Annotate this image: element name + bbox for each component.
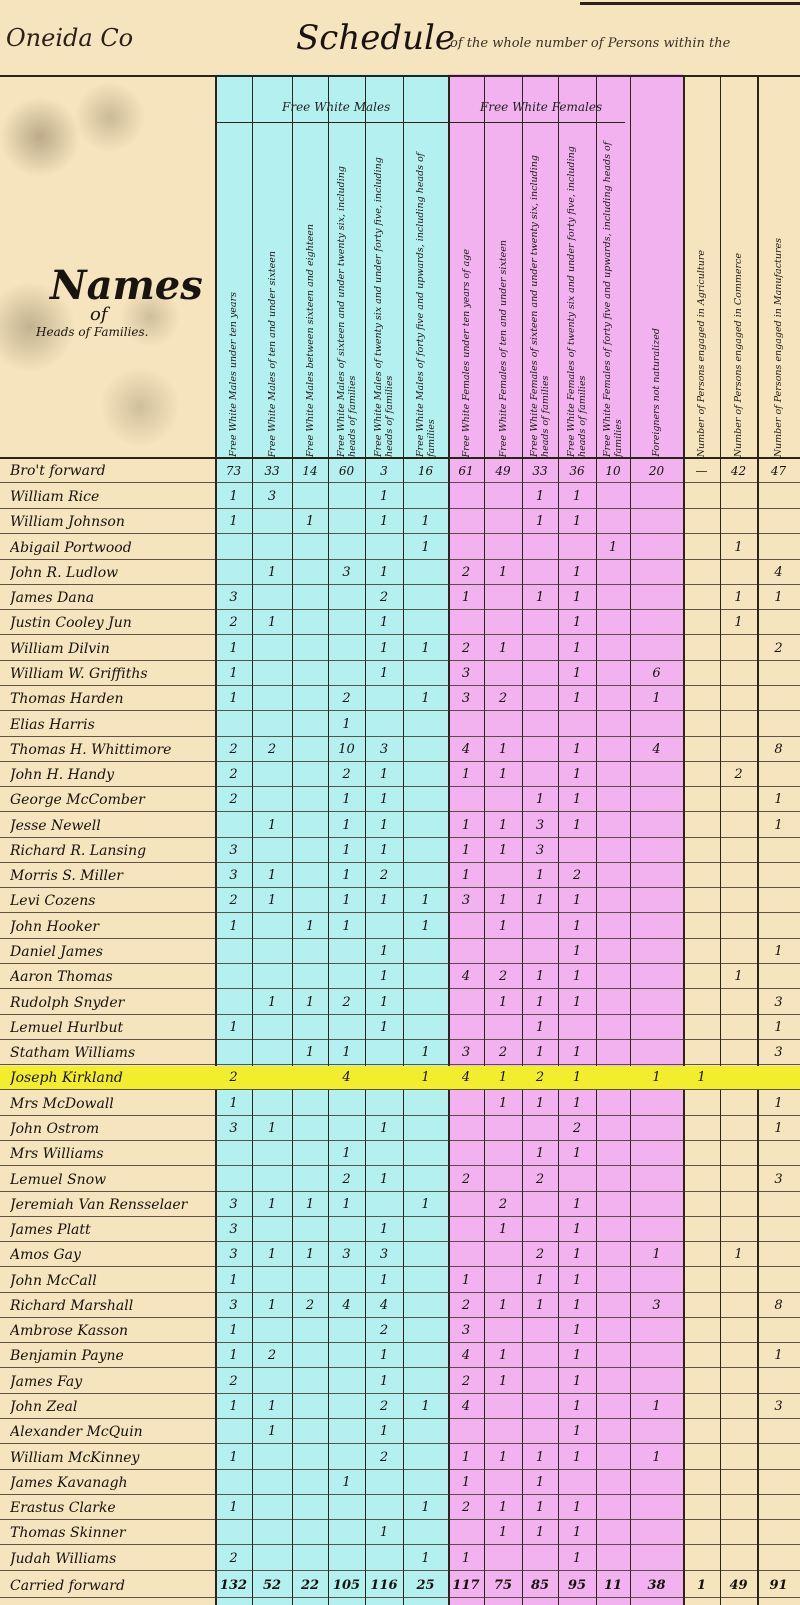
cell-f_26_45: 1 xyxy=(558,789,596,811)
cell-m_10_16 xyxy=(252,1548,292,1570)
cell-manufactures xyxy=(757,1270,800,1292)
cell-f_16_26: 2 xyxy=(522,1067,558,1089)
cell-f_16_26 xyxy=(522,688,558,710)
cell-m_16_26 xyxy=(328,486,365,508)
row-rule xyxy=(0,1292,800,1293)
cell-foreigners xyxy=(630,486,683,508)
cell-m_26_45 xyxy=(365,916,403,938)
row-rule xyxy=(0,1393,800,1394)
cell-commerce: 2 xyxy=(720,764,757,786)
cell-f_45up: 1 xyxy=(596,537,630,559)
cell-m_10_16: 1 xyxy=(252,865,292,887)
cell-f_u10 xyxy=(448,1219,484,1241)
cell-f_16_26 xyxy=(522,1396,558,1418)
cell-m_u10 xyxy=(215,714,252,736)
column-header-m_u10: Free White Males under ten years xyxy=(215,122,252,457)
cell-f_u10: 3 xyxy=(448,1320,484,1342)
cell-m_45up: 1 xyxy=(403,916,448,938)
cell-commerce xyxy=(720,890,757,912)
cell-m_26_45: 2 xyxy=(365,1396,403,1418)
cell-f_10_16: 1 xyxy=(484,739,522,761)
cell-f_45up: 10 xyxy=(596,460,630,482)
cell-m_16_26 xyxy=(328,941,365,963)
cell-foreigners xyxy=(630,638,683,660)
table-row: Thomas H. Whittimore2210341148 xyxy=(0,738,800,762)
cell-f_45up xyxy=(596,1497,630,1519)
cell-f_u10: 61 xyxy=(448,460,484,482)
cell-m_45up xyxy=(403,1371,448,1393)
column-header-label: Free White Females of ten and under sixt… xyxy=(498,236,509,457)
cell-f_26_45: 1 xyxy=(558,1522,596,1544)
cell-f_10_16: 1 xyxy=(484,840,522,862)
cell-m_10_16 xyxy=(252,764,292,786)
cell-m_45up: 1 xyxy=(403,1497,448,1519)
cell-f_26_45: 1 xyxy=(558,562,596,584)
cell-m_10_16 xyxy=(252,1143,292,1165)
row-rule xyxy=(0,1191,800,1192)
cell-foreigners: 1 xyxy=(630,688,683,710)
cell-f_45up xyxy=(596,1345,630,1367)
cell-f_26_45: 1 xyxy=(558,1548,596,1570)
head-of-family-name: John H. Handy xyxy=(10,764,215,786)
cell-m_u10 xyxy=(215,966,252,988)
cell-f_26_45: 1 xyxy=(558,1421,596,1443)
cell-m_16_18 xyxy=(292,941,328,963)
cell-m_10_16 xyxy=(252,1169,292,1191)
column-header-label: Free White Females under ten years of ag… xyxy=(461,245,472,458)
cell-f_10_16 xyxy=(484,537,522,559)
cell-f_u10 xyxy=(448,1118,484,1140)
cell-m_u10 xyxy=(215,815,252,837)
cell-m_16_26: 1 xyxy=(328,815,365,837)
cell-m_16_18 xyxy=(292,1371,328,1393)
cell-m_u10: 1 xyxy=(215,663,252,685)
cell-f_u10 xyxy=(448,1244,484,1266)
head-of-family-name: Lemuel Snow xyxy=(10,1169,215,1191)
row-rule xyxy=(0,1165,800,1166)
row-rule xyxy=(0,1115,800,1116)
cell-f_u10: 3 xyxy=(448,1042,484,1064)
cell-f_16_26: 1 xyxy=(522,486,558,508)
cell-f_u10 xyxy=(448,916,484,938)
cell-agriculture xyxy=(683,1371,720,1393)
cell-foreigners xyxy=(630,941,683,963)
cell-m_26_45: 2 xyxy=(365,587,403,609)
head-of-family-name: Thomas Harden xyxy=(10,688,215,710)
cell-m_45up xyxy=(403,1118,448,1140)
cell-m_16_18: 1 xyxy=(292,1194,328,1216)
cell-f_16_26: 1 xyxy=(522,966,558,988)
cell-agriculture xyxy=(683,865,720,887)
cell-f_45up xyxy=(596,486,630,508)
cell-f_u10: 2 xyxy=(448,1497,484,1519)
cell-f_u10 xyxy=(448,486,484,508)
cell-m_u10 xyxy=(215,1522,252,1544)
cell-m_26_45 xyxy=(365,1067,403,1089)
cell-m_26_45: 1 xyxy=(365,1270,403,1292)
cell-m_26_45 xyxy=(365,537,403,559)
cell-commerce xyxy=(720,1093,757,1115)
cell-m_10_16 xyxy=(252,941,292,963)
cell-foreigners xyxy=(630,992,683,1014)
row-rule xyxy=(0,1544,800,1545)
cell-m_26_45: 2 xyxy=(365,1320,403,1342)
cell-f_u10: 117 xyxy=(448,1575,484,1597)
cell-m_10_16 xyxy=(252,789,292,811)
cell-m_26_45 xyxy=(365,1194,403,1216)
cell-m_u10: 1 xyxy=(215,1396,252,1418)
cell-m_45up xyxy=(403,486,448,508)
cell-agriculture xyxy=(683,1017,720,1039)
cell-m_16_18 xyxy=(292,612,328,634)
cell-m_16_26 xyxy=(328,1497,365,1519)
cell-m_16_26 xyxy=(328,1017,365,1039)
head-of-family-name: Mrs Williams xyxy=(10,1143,215,1165)
cell-f_10_16: 1 xyxy=(484,562,522,584)
cell-f_10_16 xyxy=(484,865,522,887)
cell-f_u10: 2 xyxy=(448,1295,484,1317)
cell-agriculture xyxy=(683,1345,720,1367)
cell-f_u10: 2 xyxy=(448,562,484,584)
table-row: James Fay21211 xyxy=(0,1370,800,1394)
column-header-f_26_45: Free White Females of twenty six and und… xyxy=(558,122,596,457)
cell-f_16_26: 85 xyxy=(522,1575,558,1597)
cell-m_26_45: 1 xyxy=(365,815,403,837)
cell-f_45up xyxy=(596,1421,630,1443)
cell-f_26_45: 36 xyxy=(558,460,596,482)
row-rule xyxy=(0,1140,800,1141)
table-row: Abigail Portwood111 xyxy=(0,536,800,560)
table-row: Amos Gay311332111 xyxy=(0,1243,800,1267)
cell-m_45up xyxy=(403,865,448,887)
cell-m_26_45: 3 xyxy=(365,1244,403,1266)
cell-m_10_16 xyxy=(252,1270,292,1292)
cell-m_16_18: 22 xyxy=(292,1575,328,1597)
cell-m_10_16 xyxy=(252,916,292,938)
cell-f_10_16: 1 xyxy=(484,1219,522,1241)
row-rule xyxy=(0,1597,800,1598)
row-rule xyxy=(0,685,800,686)
cell-m_16_18 xyxy=(292,1497,328,1519)
cell-f_16_26 xyxy=(522,916,558,938)
cell-m_u10: 2 xyxy=(215,612,252,634)
head-of-family-name: John McCall xyxy=(10,1270,215,1292)
cell-commerce: 1 xyxy=(720,612,757,634)
cell-f_26_45: 1 xyxy=(558,1143,596,1165)
cell-m_u10: 2 xyxy=(215,789,252,811)
cell-f_45up xyxy=(596,1042,630,1064)
cell-f_26_45: 1 xyxy=(558,1320,596,1342)
cell-m_26_45: 3 xyxy=(365,739,403,761)
table-row: John McCall11111 xyxy=(0,1269,800,1293)
cell-agriculture xyxy=(683,890,720,912)
cell-m_16_26: 10 xyxy=(328,739,365,761)
cell-manufactures xyxy=(757,1320,800,1342)
cell-foreigners xyxy=(630,1270,683,1292)
cell-f_26_45: 1 xyxy=(558,688,596,710)
cell-manufactures: 2 xyxy=(757,638,800,660)
cell-m_16_26: 60 xyxy=(328,460,365,482)
cell-f_26_45 xyxy=(558,1169,596,1191)
cell-m_u10: 1 xyxy=(215,916,252,938)
cell-m_u10: 1 xyxy=(215,1345,252,1367)
cell-m_16_18 xyxy=(292,1320,328,1342)
cell-m_16_18: 1 xyxy=(292,916,328,938)
cell-m_u10: 1 xyxy=(215,688,252,710)
cell-f_26_45 xyxy=(558,840,596,862)
cell-m_16_18 xyxy=(292,1522,328,1544)
cell-f_16_26: 1 xyxy=(522,1295,558,1317)
cell-f_10_16: 1 xyxy=(484,1522,522,1544)
row-rule xyxy=(0,1014,800,1015)
cell-agriculture xyxy=(683,1143,720,1165)
head-of-family-name: Thomas Skinner xyxy=(10,1522,215,1544)
cell-commerce xyxy=(720,1320,757,1342)
cell-manufactures: 1 xyxy=(757,587,800,609)
cell-commerce xyxy=(720,1497,757,1519)
cell-m_u10: 1 xyxy=(215,1093,252,1115)
cell-manufactures: 3 xyxy=(757,1396,800,1418)
table-row: John Hooker111111 xyxy=(0,915,800,939)
cell-m_26_45 xyxy=(365,1042,403,1064)
head-of-family-name: Alexander McQuin xyxy=(10,1421,215,1443)
cell-m_45up: 25 xyxy=(403,1575,448,1597)
cell-manufactures xyxy=(757,865,800,887)
cell-m_u10: 3 xyxy=(215,587,252,609)
cell-commerce xyxy=(720,1345,757,1367)
cell-commerce: 1 xyxy=(720,966,757,988)
cell-manufactures xyxy=(757,663,800,685)
cell-f_10_16: 1 xyxy=(484,1295,522,1317)
table-row: William McKinney1211111 xyxy=(0,1446,800,1470)
cell-commerce xyxy=(720,739,757,761)
cell-f_26_45: 1 xyxy=(558,1093,596,1115)
cell-m_45up xyxy=(403,739,448,761)
cell-foreigners: 1 xyxy=(630,1447,683,1469)
cell-f_10_16 xyxy=(484,1169,522,1191)
table-row: Ambrose Kasson1231 xyxy=(0,1319,800,1343)
head-of-family-name: Justin Cooley Jun xyxy=(10,612,215,634)
cell-manufactures xyxy=(757,966,800,988)
cell-m_u10: 3 xyxy=(215,1219,252,1241)
cell-m_10_16 xyxy=(252,1042,292,1064)
cell-m_26_45: 1 xyxy=(365,486,403,508)
cell-manufactures xyxy=(757,1194,800,1216)
cell-m_45up xyxy=(403,587,448,609)
cell-m_16_18 xyxy=(292,1067,328,1089)
cell-m_16_18: 1 xyxy=(292,511,328,533)
cell-m_16_26 xyxy=(328,1371,365,1393)
cell-f_u10: 1 xyxy=(448,764,484,786)
cell-f_u10 xyxy=(448,1093,484,1115)
cell-m_u10 xyxy=(215,562,252,584)
cell-f_45up xyxy=(596,1118,630,1140)
cell-f_26_45: 1 xyxy=(558,916,596,938)
names-of: of xyxy=(90,304,108,325)
cell-m_16_26: 1 xyxy=(328,840,365,862)
names-heads-of-families: Heads of Families. xyxy=(36,325,149,339)
cell-m_45up xyxy=(403,1093,448,1115)
head-of-family-name: Thomas H. Whittimore xyxy=(10,739,215,761)
cell-f_u10: 1 xyxy=(448,1472,484,1494)
row-rule xyxy=(0,559,800,560)
cell-commerce xyxy=(720,1295,757,1317)
cell-f_16_26 xyxy=(522,764,558,786)
cell-f_26_45: 1 xyxy=(558,941,596,963)
cell-m_16_18 xyxy=(292,865,328,887)
cell-m_16_26: 1 xyxy=(328,916,365,938)
cell-agriculture xyxy=(683,1472,720,1494)
head-of-family-name: Levi Cozens xyxy=(10,890,215,912)
cell-f_16_26: 1 xyxy=(522,511,558,533)
cell-agriculture xyxy=(683,638,720,660)
cell-foreigners: 1 xyxy=(630,1396,683,1418)
cell-f_10_16 xyxy=(484,612,522,634)
cell-agriculture xyxy=(683,739,720,761)
cell-f_45up xyxy=(596,1244,630,1266)
cell-f_16_26: 2 xyxy=(522,1169,558,1191)
cell-m_10_16: 1 xyxy=(252,562,292,584)
row-rule xyxy=(0,1443,800,1444)
cell-foreigners xyxy=(630,612,683,634)
cell-f_45up xyxy=(596,688,630,710)
cell-m_10_16: 1 xyxy=(252,612,292,634)
cell-m_16_18 xyxy=(292,789,328,811)
row-rule xyxy=(0,761,800,762)
census-page: Oneida Co Schedule of the whole number o… xyxy=(0,0,800,1605)
cell-f_u10: 3 xyxy=(448,688,484,710)
cell-foreigners xyxy=(630,865,683,887)
cell-m_16_26 xyxy=(328,1345,365,1367)
cell-m_45up: 1 xyxy=(403,1042,448,1064)
row-rule xyxy=(0,1519,800,1520)
cell-f_16_26: 3 xyxy=(522,815,558,837)
cell-f_26_45 xyxy=(558,1017,596,1039)
cell-agriculture xyxy=(683,1194,720,1216)
cell-m_45up xyxy=(403,840,448,862)
cell-m_45up xyxy=(403,966,448,988)
cell-agriculture xyxy=(683,1320,720,1342)
cell-agriculture xyxy=(683,1093,720,1115)
page-header: Oneida Co Schedule of the whole number o… xyxy=(0,0,800,74)
cell-foreigners xyxy=(630,815,683,837)
cell-manufactures: 3 xyxy=(757,1169,800,1191)
cell-f_10_16 xyxy=(484,1270,522,1292)
cell-f_26_45: 1 xyxy=(558,486,596,508)
cell-m_16_26 xyxy=(328,1548,365,1570)
cell-f_16_26 xyxy=(522,714,558,736)
cell-m_45up xyxy=(403,1219,448,1241)
cell-m_u10 xyxy=(215,941,252,963)
column-header-label: Free White Males of ten and under sixtee… xyxy=(267,247,278,457)
schedule-subtitle: of the whole number of Persons within th… xyxy=(450,36,730,51)
table-row: Jesse Newell11111311 xyxy=(0,814,800,838)
cell-f_45up xyxy=(596,739,630,761)
cell-foreigners xyxy=(630,587,683,609)
cell-manufactures: 1 xyxy=(757,1345,800,1367)
cell-commerce xyxy=(720,941,757,963)
cell-f_26_45: 2 xyxy=(558,1118,596,1140)
cell-m_u10 xyxy=(215,1421,252,1443)
cell-manufactures xyxy=(757,1447,800,1469)
row-rule xyxy=(0,988,800,989)
cell-f_16_26: 1 xyxy=(522,1143,558,1165)
table-row: Mrs McDowall11111 xyxy=(0,1092,800,1116)
cell-m_16_26 xyxy=(328,1396,365,1418)
cell-m_16_18 xyxy=(292,815,328,837)
cell-f_45up xyxy=(596,1472,630,1494)
cell-f_26_45: 1 xyxy=(558,764,596,786)
table-row: James Dana3211111 xyxy=(0,586,800,610)
cell-agriculture: — xyxy=(683,460,720,482)
cell-manufactures: 1 xyxy=(757,1118,800,1140)
cell-m_45up xyxy=(403,714,448,736)
cell-manufactures: 1 xyxy=(757,815,800,837)
cell-commerce xyxy=(720,714,757,736)
cell-foreigners xyxy=(630,1042,683,1064)
cell-manufactures: 1 xyxy=(757,1017,800,1039)
cell-foreigners xyxy=(630,1548,683,1570)
cell-m_45up: 1 xyxy=(403,537,448,559)
cell-m_26_45: 1 xyxy=(365,1522,403,1544)
cell-f_u10 xyxy=(448,714,484,736)
table-row: Thomas Harden1213211 xyxy=(0,687,800,711)
cell-f_u10 xyxy=(448,1421,484,1443)
cell-m_u10: 1 xyxy=(215,638,252,660)
cell-commerce xyxy=(720,688,757,710)
table-row: William Rice13111 xyxy=(0,485,800,509)
cell-m_26_45 xyxy=(365,714,403,736)
cell-m_16_26: 1 xyxy=(328,714,365,736)
cell-agriculture xyxy=(683,1497,720,1519)
cell-m_16_26 xyxy=(328,1421,365,1443)
cell-f_10_16 xyxy=(484,714,522,736)
cell-m_u10: 3 xyxy=(215,1194,252,1216)
names-title: Names xyxy=(50,262,203,309)
column-header-label: Free White Males of twenty six and under… xyxy=(373,132,395,457)
cell-m_26_45: 1 xyxy=(365,789,403,811)
cell-m_10_16: 1 xyxy=(252,992,292,1014)
cell-f_16_26 xyxy=(522,562,558,584)
head-of-family-name: Rudolph Snyder xyxy=(10,992,215,1014)
cell-foreigners: 3 xyxy=(630,1295,683,1317)
cell-f_u10 xyxy=(448,941,484,963)
table-row: John R. Ludlow1312114 xyxy=(0,561,800,585)
cell-f_16_26 xyxy=(522,537,558,559)
cell-f_45up xyxy=(596,865,630,887)
cell-m_u10: 1 xyxy=(215,1017,252,1039)
cell-f_u10: 1 xyxy=(448,815,484,837)
cell-commerce xyxy=(720,1017,757,1039)
cell-m_16_18 xyxy=(292,1396,328,1418)
cell-manufactures xyxy=(757,511,800,533)
cell-m_45up: 1 xyxy=(403,1548,448,1570)
cell-manufactures: 4 xyxy=(757,562,800,584)
cell-f_26_45: 1 xyxy=(558,1345,596,1367)
cell-commerce xyxy=(720,1447,757,1469)
cell-f_26_45: 1 xyxy=(558,1371,596,1393)
cell-f_45up xyxy=(596,1194,630,1216)
cell-f_10_16 xyxy=(484,789,522,811)
cell-m_u10 xyxy=(215,1143,252,1165)
cell-f_26_45: 1 xyxy=(558,1295,596,1317)
head-of-family-name: William McKinney xyxy=(10,1447,215,1469)
cell-f_45up xyxy=(596,511,630,533)
cell-f_26_45: 1 xyxy=(558,1042,596,1064)
cell-agriculture xyxy=(683,941,720,963)
cell-m_10_16 xyxy=(252,663,292,685)
cell-m_45up xyxy=(403,941,448,963)
